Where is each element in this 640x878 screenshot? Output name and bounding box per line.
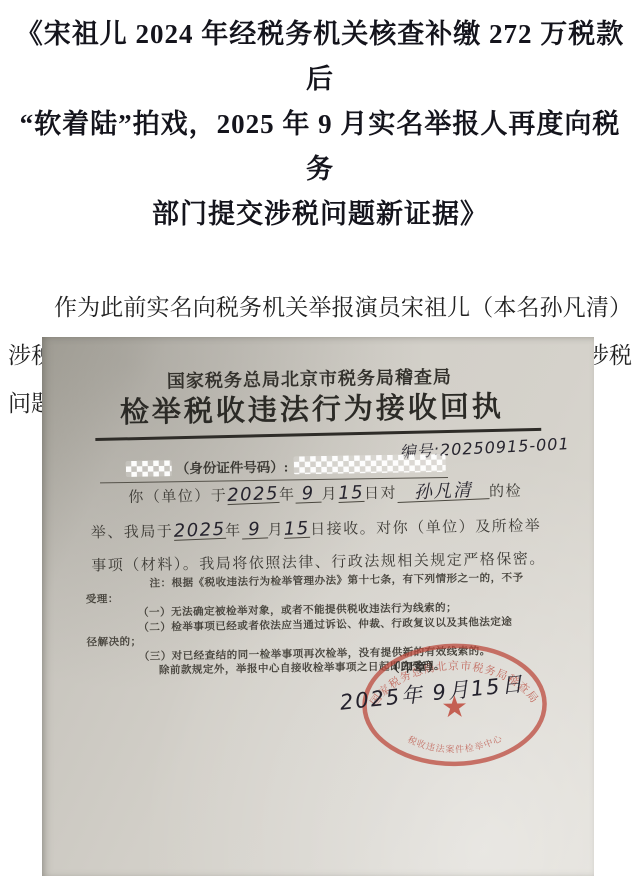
receipt-title: 检举税收违法行为接收回执 bbox=[42, 383, 585, 433]
printed-text: 日接收。对你（单位）及所检举 bbox=[310, 518, 541, 538]
article-title: 《宋祖儿 2024 年经税务机关核查补缴 272 万税款后 “软着陆”拍戏，20… bbox=[0, 12, 640, 237]
redaction-mosaic bbox=[293, 454, 445, 474]
article-title-line: 部门提交涉税问题新证据》 bbox=[6, 192, 634, 237]
handwritten-year: 2025 bbox=[227, 486, 279, 505]
printed-text: 你（单位）于 bbox=[128, 488, 227, 506]
receipt-line-3: 事项（材料）。我局将依照法律、行政法规相关规定严格保密。 bbox=[91, 547, 546, 575]
printed-text: 月 bbox=[268, 523, 285, 539]
handwritten-name: 孙凡清 bbox=[397, 482, 490, 503]
handwritten-month: 9 bbox=[295, 486, 322, 504]
redaction-mosaic bbox=[126, 460, 172, 477]
receipt-document: 国家税务总局北京市税务局稽查局 检举税收违法行为接收回执 编号:20250915… bbox=[42, 337, 594, 876]
printed-text: 日对 bbox=[364, 486, 397, 503]
printed-text: 举、我局于 bbox=[91, 524, 174, 541]
id-number-label: （身份证件号码）: bbox=[176, 459, 289, 476]
printed-text: 月 bbox=[321, 487, 338, 503]
seal-printed-label: （印章） bbox=[387, 657, 441, 676]
printed-text: 年 bbox=[225, 523, 242, 539]
stamp-arc-bottom-text: 税收违法案件检举中心 bbox=[406, 732, 505, 755]
article-title-line: “软着陆”拍戏，2025 年 9 月实名举报人再度向税务 bbox=[6, 102, 634, 192]
identity-line: （身份证件号码）: bbox=[100, 453, 448, 483]
receipt-line-1: 你（单位）于2025年9月15日对孙凡清的检 bbox=[128, 480, 522, 507]
receipt-line-2: 举、我局于2025年9月15日接收。对你（单位）及所检举 bbox=[91, 514, 542, 542]
article-title-line: 《宋祖儿 2024 年经税务机关核查补缴 272 万税款后 bbox=[6, 12, 634, 102]
handwritten-day: 15 bbox=[284, 521, 311, 539]
printed-text: 的检 bbox=[489, 484, 522, 501]
handwritten-day: 15 bbox=[338, 485, 365, 503]
handwritten-year: 2025 bbox=[173, 522, 225, 541]
handwritten-month: 9 bbox=[241, 521, 268, 539]
printed-text: 年 bbox=[279, 487, 296, 503]
document-photo: 国家税务总局北京市税务局稽查局 检举税收违法行为接收回执 编号:20250915… bbox=[42, 337, 594, 876]
